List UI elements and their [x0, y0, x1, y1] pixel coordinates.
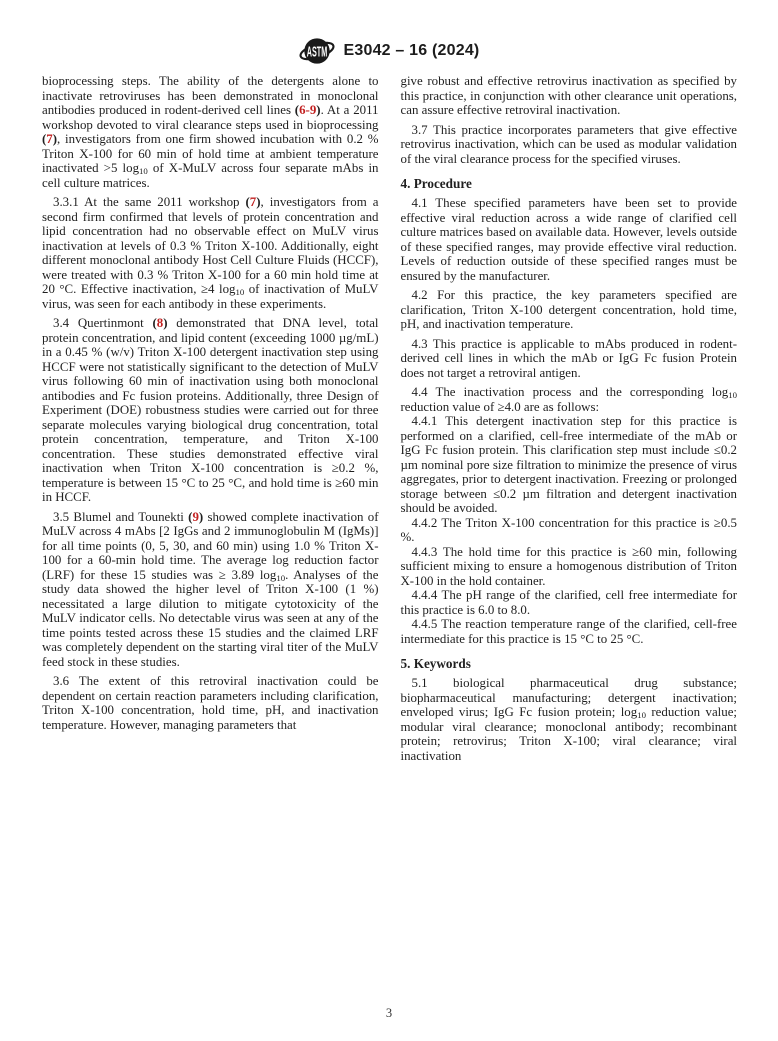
astm-logo-text: ASTM: [306, 43, 326, 60]
section-heading: 4. Procedure: [401, 176, 738, 191]
paragraph: 4.4.4 The pH range of the clarified, cel…: [401, 588, 738, 617]
paragraph: 3.4 Quertinmont (8) demonstrated that DN…: [42, 316, 379, 505]
paragraph: 4.2 For this practice, the key parameter…: [401, 288, 738, 332]
astm-logo-icon: ASTM: [299, 33, 335, 69]
paragraph: 5.1 biological pharmaceutical drug subst…: [401, 676, 738, 763]
paragraph: 4.4 The inactivation process and the cor…: [401, 385, 738, 414]
paragraph: 4.4.3 The hold time for this practice is…: [401, 545, 738, 589]
standard-designation: E3042 – 16 (2024): [344, 42, 480, 60]
page-number: 3: [386, 1006, 392, 1020]
paragraph: 3.3.1 At the same 2011 workshop (7), inv…: [42, 195, 379, 311]
page-header: ASTM E3042 – 16 (2024): [0, 33, 778, 69]
paragraph: 4.4.5 The reaction temperature range of …: [401, 617, 738, 646]
paragraph: 4.4.1 This detergent inactivation step f…: [401, 414, 738, 516]
document-body: bioprocessing steps. The ability of the …: [42, 74, 737, 763]
section-heading: 5. Keywords: [401, 656, 738, 671]
paragraph: 4.1 These specified parameters have been…: [401, 196, 738, 283]
paragraph: 4.3 This practice is applicable to mAbs …: [401, 337, 738, 381]
reference-link[interactable]: 6-9: [299, 103, 316, 117]
column-left: bioprocessing steps. The ability of the …: [42, 74, 379, 763]
paragraph: 4.4.2 The Triton X-100 concentration for…: [401, 516, 738, 545]
paragraph: 3.6 The extent of this retroviral inacti…: [42, 674, 379, 732]
paragraph: give robust and effective retrovirus ina…: [401, 74, 738, 118]
page-footer: 3: [0, 1006, 778, 1021]
paragraph: 3.5 Blumel and Tounekti (9) showed compl…: [42, 510, 379, 670]
paragraph: 3.7 This practice incorporates parameter…: [401, 123, 738, 167]
column-right: give robust and effective retrovirus ina…: [401, 74, 738, 763]
document-page: ASTM E3042 – 16 (2024) bioprocessing ste…: [0, 0, 778, 1041]
paragraph: bioprocessing steps. The ability of the …: [42, 74, 379, 190]
